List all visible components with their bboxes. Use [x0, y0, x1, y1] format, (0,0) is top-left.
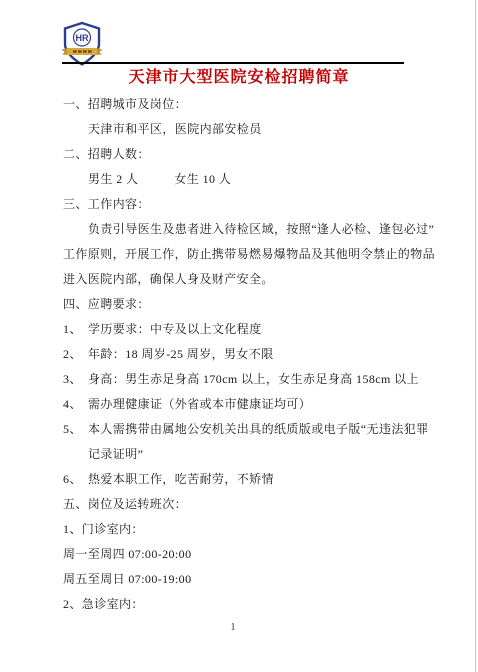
document-line: 6、热爱本职工作，吃苦耐劳，不矫情 [63, 471, 423, 496]
line-text: 热爱本职工作，吃苦耐劳，不矫情 [88, 472, 274, 486]
document-line: 工作原则，开展工作，防止携带易燃易爆物品及其他明令禁止的物品 [63, 246, 423, 271]
line-text: 五、岗位及运转班次： [63, 497, 187, 511]
line-text: 进入医院内部，确保人身及财产安全。 [63, 272, 274, 286]
logo-monogram: HR [76, 33, 89, 43]
line-number: 6、 [63, 471, 88, 487]
document-title: 天津市大型医院安检招聘简章 [0, 64, 478, 87]
line-text: 工作原则，开展工作，防止携带易燃易爆物品及其他明令禁止的物品 [63, 247, 435, 261]
line-text: 年龄：18 周岁-25 周岁，男女不限 [88, 347, 274, 361]
line-number: 2、 [63, 346, 88, 362]
document-line: 1、学历要求：中专及以上文化程度 [63, 321, 423, 346]
document-line: 男生 2 人女生 10 人 [63, 171, 423, 196]
line-text: 男生 2 人 [88, 172, 138, 186]
document-line: 3、身高：男生赤足身高 170cm 以上，女生赤足身高 158cm 以上 [63, 371, 423, 396]
line-text: 天津市和平区，医院内部安检员 [88, 122, 262, 136]
line-text: 一、招聘城市及岗位： [63, 97, 187, 111]
document-line: 2、急诊室内： [63, 596, 423, 621]
line-number: 1、 [63, 321, 88, 337]
document-line: 一、招聘城市及岗位： [63, 96, 423, 121]
document-line: 4、需办理健康证（外省或本市健康证均可） [63, 396, 423, 421]
page-edge-line [475, 0, 476, 672]
line-number: 5、 [63, 421, 88, 437]
document-line: 二、招聘人数： [63, 146, 423, 171]
line-text: 负责引导医生及患者进入待检区域，按照“逢人必检、逢包必过” [88, 222, 434, 236]
line-text: 本人需携带由属地公安机关出具的纸质版或电子版“无违法犯罪 [88, 422, 429, 436]
document-line: 负责引导医生及患者进入待检区域，按照“逢人必检、逢包必过” [63, 221, 423, 246]
document-line: 1、门诊室内： [63, 521, 423, 546]
line-number: 3、 [63, 371, 88, 387]
line-text: 1、门诊室内： [63, 522, 144, 536]
line-text: 学历要求：中专及以上文化程度 [88, 322, 262, 336]
line-text: 二、招聘人数： [63, 147, 150, 161]
company-logo: HR [60, 21, 104, 67]
line-text: 2、急诊室内： [63, 597, 144, 611]
line-text: 记录证明” [88, 447, 143, 461]
line-text: 周一至周四 07:00-20:00 [63, 547, 191, 561]
document-line: 5、本人需携带由属地公安机关出具的纸质版或电子版“无违法犯罪 [63, 421, 423, 446]
line-text: 四、应聘要求： [63, 297, 150, 311]
document-page: { "document": { "title": "天津市大型医院安检招聘简章"… [0, 0, 478, 672]
document-line: 记录证明” [63, 446, 423, 471]
document-line: 四、应聘要求： [63, 296, 423, 321]
hr-shield-icon: HR [60, 21, 104, 67]
document-line: 周五至周日 07:00-19:00 [63, 571, 423, 596]
document-line: 进入医院内部，确保人身及财产安全。 [63, 271, 423, 296]
document-line: 三、工作内容： [63, 196, 423, 221]
line-text: 需办理健康证（外省或本市健康证均可） [88, 397, 311, 411]
line-text: 女生 10 人 [174, 172, 231, 186]
line-text: 身高：男生赤足身高 170cm 以上，女生赤足身高 158cm 以上 [88, 372, 419, 386]
line-text: 周五至周日 07:00-19:00 [63, 572, 191, 586]
document-line: 周一至周四 07:00-20:00 [63, 546, 423, 571]
line-text: 三、工作内容： [63, 197, 150, 211]
page-number: 1 [0, 622, 466, 633]
line-number: 4、 [63, 396, 88, 412]
document-body: 一、招聘城市及岗位：天津市和平区，医院内部安检员二、招聘人数：男生 2 人女生 … [63, 96, 423, 621]
document-line: 2、年龄：18 周岁-25 周岁，男女不限 [63, 346, 423, 371]
document-line: 五、岗位及运转班次： [63, 496, 423, 521]
document-line: 天津市和平区，医院内部安检员 [63, 121, 423, 146]
